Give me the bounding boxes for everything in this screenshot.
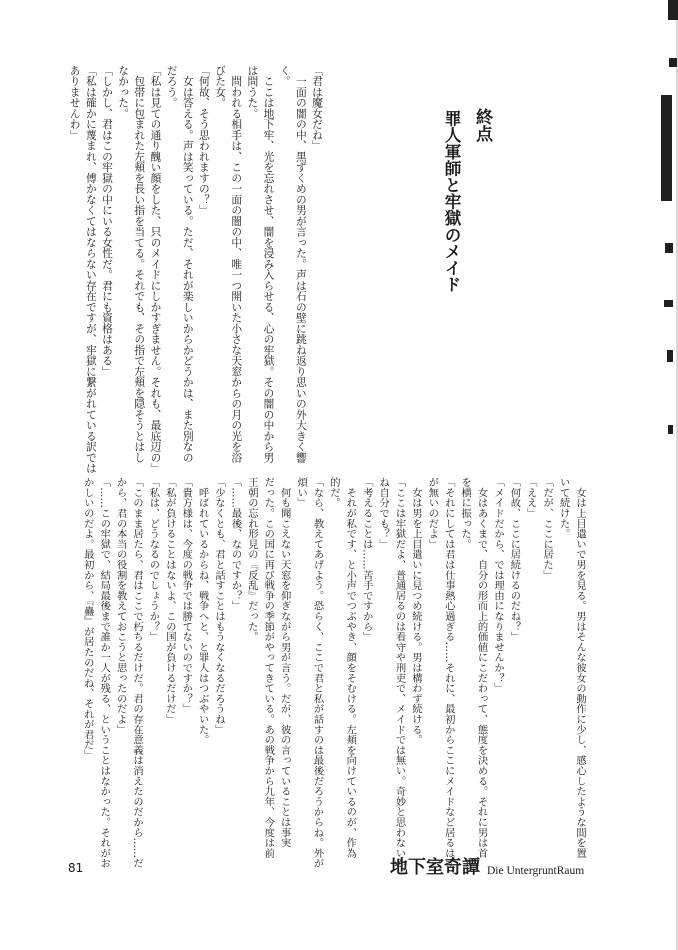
text-line: 「それにしては君は仕事熱心過ぎる……それに、最初からここにメイドなど居るはず — [440, 477, 456, 858]
scan-artifact — [661, 95, 672, 201]
scan-artifact — [669, 58, 677, 67]
text-line: 「私は確かに蔑まれ、傅かなくてはならない存在ですが、牢獄に繋がれている訳では — [83, 65, 99, 463]
text-line: 「私が負けることはないよ、この国が負けるだけだ」 — [161, 477, 177, 858]
text-line: 「少なくとも、君と話すことはもうなくなるだろうね」 — [211, 477, 227, 858]
scan-artifact — [668, 425, 673, 434]
text-line: 「……この牢獄で、結局最後まで誰か一人が残る、ということはなかった。それがお — [96, 477, 112, 858]
scan-artifact — [664, 300, 673, 307]
text-line: 「ええ」 — [522, 477, 538, 858]
text-line: 「君は魔女だね」 — [309, 65, 325, 463]
scan-artifact — [668, 0, 678, 20]
text-line: 「貴方様は、今度の戦争では勝てないのですか？」 — [178, 477, 194, 858]
text-line: いて続けた。 — [555, 477, 571, 858]
text-line: ありませんわ」 — [67, 65, 83, 463]
text-line: 「なら、教えてあげよう。恐らく、ここで君と私が話すのは最後だろうからね。外が — [309, 477, 325, 858]
scan-artifact — [665, 243, 673, 253]
text-line: 包帯に包まれた左頬を長い指を当てる。それでも、その指で左頬を隠そうとはし — [131, 65, 147, 463]
chapter-label: 終点 — [472, 108, 492, 142]
text-line: ね自分でも？」 — [375, 477, 391, 858]
text-line: かしいのだよ。最初から、『蠱』が居たのだね、それが君だ」 — [79, 477, 95, 858]
text-line: く。 — [277, 65, 293, 463]
text-line: それが私です、と小声でつぶやき、顔をそむける。左頬を向けているのが、作為 — [342, 477, 358, 858]
text-line: 「何故、そう思われますの？」 — [196, 65, 212, 463]
text-line: 女は男を上目遣いに見つめ続ける。男は構わず続ける。 — [408, 477, 424, 858]
text-line: なかった。 — [115, 65, 131, 463]
chapter-title: 罪人軍師と牢獄のメイド — [442, 110, 462, 293]
text-line: 「しかし、君はこの牢獄の中にいる女性だ。君にも資格はある」 — [99, 65, 115, 463]
text-line: 「私は見ての通り醜い顔をした、只のメイドにしかすぎません。それも、最底辺の」 — [147, 65, 163, 463]
series-title-german: Die UntergruntRaum — [487, 864, 584, 878]
page-number: 81 — [68, 861, 83, 875]
text-line: 何も聞こえない天窓を仰ぎながら男が言う。だが、彼の言っていることは事実 — [276, 477, 292, 858]
text-line: だった。この国に再び戦争の季節がやってきている。あの戦争から九年、今度は前 — [260, 477, 276, 858]
scan-artifact — [667, 350, 673, 362]
text-line: 問われる相手は、この一面の闇の中、唯一つ開いた小さな天窓からの月の光を浴 — [228, 65, 244, 463]
text-line: だろう。 — [163, 65, 179, 463]
text-line: が無いのだよ」 — [424, 477, 440, 858]
text-line: から、君の本当の役割を教えておこうと思ったのだよ」 — [112, 477, 128, 858]
text-line: 一面の闇の中、黒ずくめの男が言った。声は石の壁に跳ね返り思いの外大きく響 — [293, 65, 309, 463]
text-line: びた女。 — [212, 65, 228, 463]
lower-text-block: 女は上目遣いで男を見る。男はそんな彼女の動作に少し、感心したような間を置 いて続… — [80, 477, 588, 858]
text-line: 女は答える。声は笑っている。ただ、それが楽しいからかどうかは、また別なの — [180, 65, 196, 463]
text-line: 煩い」 — [293, 477, 309, 858]
text-line: 王朝の忘れ形見の『反乱』だった。 — [243, 477, 259, 858]
text-line: 「考えることは……苦手ですから」 — [358, 477, 374, 858]
text-line: 女はあくまで、自分の形而上的価値にこだわって、態度を決める。それに男は首 — [473, 477, 489, 858]
text-line: 「だが、ここに居た」 — [539, 477, 555, 858]
text-line: 「何故、ここに居続けるのだね？」 — [506, 477, 522, 858]
text-line: 的だ。 — [326, 477, 342, 858]
upper-text-block: 「君は魔女だね」 一面の闇の中、黒ずくめの男が言った。声は石の壁に跳ね返り思いの… — [67, 65, 325, 463]
series-title-japanese: 地下室奇譚 — [390, 857, 480, 879]
book-page: 終点 罪人軍師と牢獄のメイド 「君は魔女だね」 一面の闇の中、黒ずくめの男が言っ… — [0, 0, 678, 950]
text-line: を横に振った。 — [457, 477, 473, 858]
text-line: 「このまま居たら、君はここで朽ちるだけだ。君の存在意義は消えたのだから……だ — [129, 477, 145, 858]
text-line: 「……最後、なのですか？」 — [227, 477, 243, 858]
text-line: 「ここは牢獄だよ、普通居るのは看守や刑吏で、メイドでは無い。奇妙と思わないか — [391, 477, 407, 858]
text-line: 女は上目遣いで男を見る。男はそんな彼女の動作に少し、感心したような間を置 — [572, 477, 588, 858]
text-line: は問うた。 — [244, 65, 260, 463]
text-line: 「メイドだから、では理由になりませんか？」 — [490, 477, 506, 858]
text-line: ここは地下牢、光を忘れさせ、闇を浸み入らせる、心の牢獄。その闇の中から男 — [260, 65, 276, 463]
text-line: 呼ばれているからね、戦争へと、と罪人はつぶやいた。 — [194, 477, 210, 858]
text-line: 「私は、どうなるのでしょうか？」 — [145, 477, 161, 858]
